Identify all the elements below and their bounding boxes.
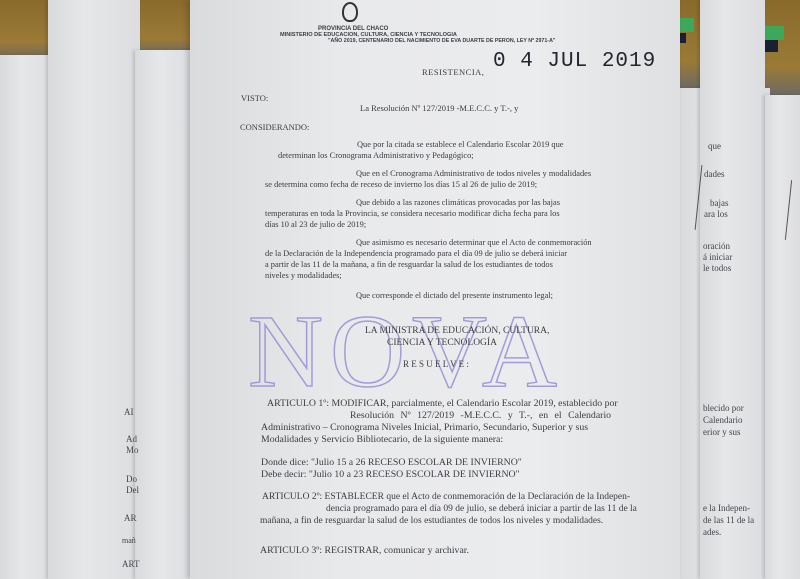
article-2: mañana, a fin de resguardar la salud de … [260,515,603,527]
left-edge-text: Mo [126,444,139,456]
resuelve-heading: R E S U E L V E : [403,358,469,370]
considerando-paragraph: determinan los Cronograma Administrativo… [278,150,474,162]
donde-dice: Donde dice: "Julio 15 a 26 RECESO ESCOLA… [261,457,522,469]
considerando-paragraph: se determina como fecha de receso de inv… [265,179,537,191]
background-wood-left [0,0,50,60]
date-stamp: 0 4 JUL 2019 [493,56,656,68]
article-3: ARTICULO 3º: REGISTRAR, comunicar y arch… [260,545,469,557]
left-edge-text: AI [124,406,134,418]
watermark-letter: A [482,300,557,404]
visto-label: VISTO: [241,92,268,104]
left-edge-text: Del [126,484,139,496]
watermark-letter: V [412,300,487,404]
article-1: Administrativo – Cronograma Niveles Inic… [261,422,588,434]
right-edge-text: Calendario [703,414,743,426]
right-edge-text: e la Indepen- [703,502,750,514]
watermark-letter: O [330,300,405,404]
background-sheet-right-3 [765,95,800,579]
debe-decir: Debe decir: "Julio 10 a 23 RECESO ESCOLA… [261,469,520,481]
considerando-label: CONSIDERANDO: [240,121,309,133]
background-sheet-3 [135,50,195,579]
article-2: dencia programado para el día 09 de juli… [326,503,637,515]
right-edge-text: le todos [703,262,731,274]
background-sheet-right-2 [700,0,765,579]
article-1: Resolución Nº 127/2019 -M.E.C.C. y T.-, … [350,410,611,422]
considerando-paragraph: niveles y modalidades; [265,270,342,282]
left-edge-text: AR [124,512,137,524]
background-sheet-1 [0,55,55,579]
right-edge-text: ara los [704,208,728,220]
right-edge-text: blecido por [703,402,744,414]
watermark-letter: N [248,300,323,404]
visto-text: La Resolución Nº 127/2019 -M.E.C.C. y T.… [360,102,518,114]
article-2: ARTICULO 2º: ESTABLECER que el Acto de c… [262,491,630,503]
green-object-right [762,26,784,40]
dark-object-right [764,40,778,52]
right-edge-text: erior y sus [703,426,741,438]
background-wood-middle [140,0,190,55]
right-edge-text: dades [704,168,725,180]
authority-line: LA MINISTRA DE EDUCACIÓN, CULTURA, [365,325,549,337]
right-edge-text: que [708,140,721,152]
right-edge-text: ades. [703,526,721,538]
article-1: ARTICULO 1º: MODIFICAR, parcialmente, el… [267,398,618,410]
resolution-document: PROVINCIA DEL CHACO MINISTERIO DE EDUCAC… [190,0,680,579]
considerando-paragraph: días 10 al 23 de julio de 2019; [265,219,366,231]
year-motto: "AÑO 2019, CENTENARIO DEL NACIMIENTO DE … [328,38,555,45]
article-1: Modalidades y Servicio Bibliotecario, de… [261,434,503,446]
left-edge-text: ART [122,558,139,570]
right-edge-text: de las 11 de la [703,514,754,526]
city: RESISTENCIA, [422,66,484,78]
left-edge-text: mañ [122,535,136,547]
province-crest-icon [342,2,358,22]
authority-line: CIENCIA Y TECNOLOGÍA [387,337,497,349]
